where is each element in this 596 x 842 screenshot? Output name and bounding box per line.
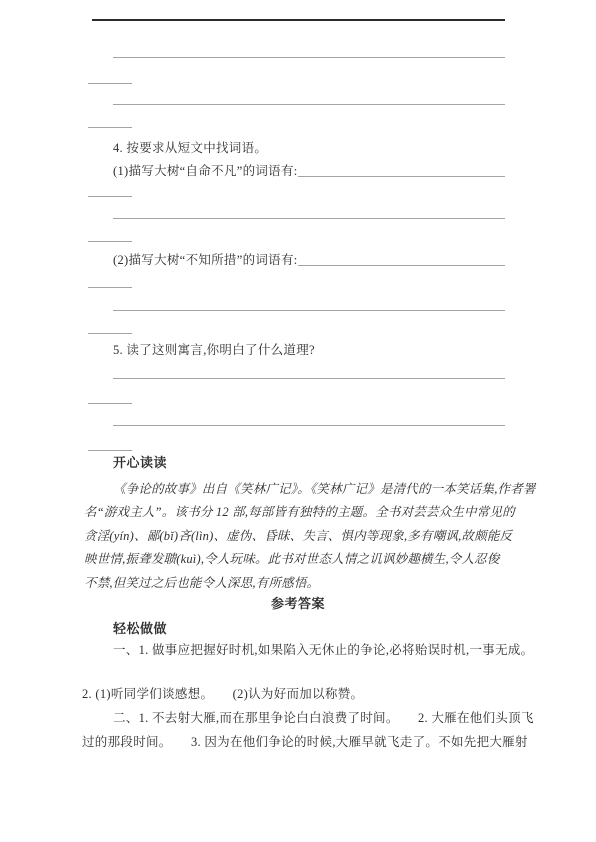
question-4-part1-blank [298, 163, 505, 177]
question-4-part2-blank [298, 252, 505, 266]
question-4-part2-label: (2)描写大树“不知所措”的词语有: [113, 252, 298, 269]
reading-passage: 《争论的故事》出自《笑林广记》。《笑林广记》是清代的一本笑话集,作者署 名“游戏… [84, 478, 514, 595]
reading-passage-line: 贪淫(yín)、鄙(bǐ)吝(lìn)、虚伪、昏昧、失言、惧内等现象,多有嘲讽,… [84, 525, 514, 548]
question-4-title: 4. 按要求从短文中找词语。 [113, 140, 267, 157]
reading-passage-line: 名“游戏主人”。该书分 12 部,每部皆有独特的主题。全书对芸芸众生中常见的 [84, 501, 514, 524]
answer-blank-line-short [88, 450, 132, 451]
question-4-part1-label: (1)描写大树“自命不凡”的词语有: [113, 163, 298, 180]
answer-blank-line [113, 310, 505, 311]
worksheet-page: 4. 按要求从短文中找词语。 (1)描写大树“自命不凡”的词语有: (2)描写大… [0, 0, 596, 842]
reference-answers-heading: 参考答案 [0, 595, 596, 612]
top-divider-rule [92, 19, 505, 21]
answer-blank-line-short [88, 83, 132, 84]
reading-passage-line: 不禁,但笑过之后也能令人深思,有所感悟。 [84, 572, 514, 595]
answer-blank-line-short [88, 287, 132, 288]
answer-line: 二、1. 不去射大雁,而在那里争论白白浪费了时间。 2. 大雁在他们头顶飞 [113, 710, 534, 727]
answer-blank-line [113, 378, 505, 379]
question-4-part1: (1)描写大树“自命不凡”的词语有: [113, 163, 505, 180]
answer-blank-line-short [88, 403, 132, 404]
answer-blank-line [113, 218, 505, 219]
answer-line: 2. (1)听同学们谈感想。 (2)认为好而加以称赞。 [82, 686, 363, 703]
answer-blank-line [113, 104, 505, 105]
question-5-title: 5. 读了这则寓言,你明白了什么道理? [113, 342, 315, 359]
reading-passage-line: 《争论的故事》出自《笑林广记》。《笑林广记》是清代的一本笑话集,作者署 [84, 478, 514, 501]
reading-passage-line: 映世情,振聋发聩(kuì),令人玩味。此书对世态人情之讥讽妙趣横生,令人忍俊 [84, 548, 514, 571]
easy-practice-heading: 轻松做做 [113, 620, 167, 637]
answer-line: 一、1. 做事应把握好时机,如果陷入无休止的争论,必将贻误时机,一事无成。 [113, 642, 533, 659]
answer-blank-line [113, 57, 505, 58]
question-4-part2: (2)描写大树“不知所措”的词语有: [113, 252, 505, 269]
answer-blank-line-short [88, 127, 132, 128]
answer-blank-line-short [88, 196, 132, 197]
answer-line: 过的那段时间。 3. 因为在他们争论的时候,大雁早就飞走了。不如先把大雁射 [82, 734, 528, 751]
reading-section-heading: 开心读读 [113, 454, 167, 471]
answer-blank-line-short [88, 241, 132, 242]
answer-blank-line [113, 425, 505, 426]
answer-blank-line-short [88, 333, 132, 334]
